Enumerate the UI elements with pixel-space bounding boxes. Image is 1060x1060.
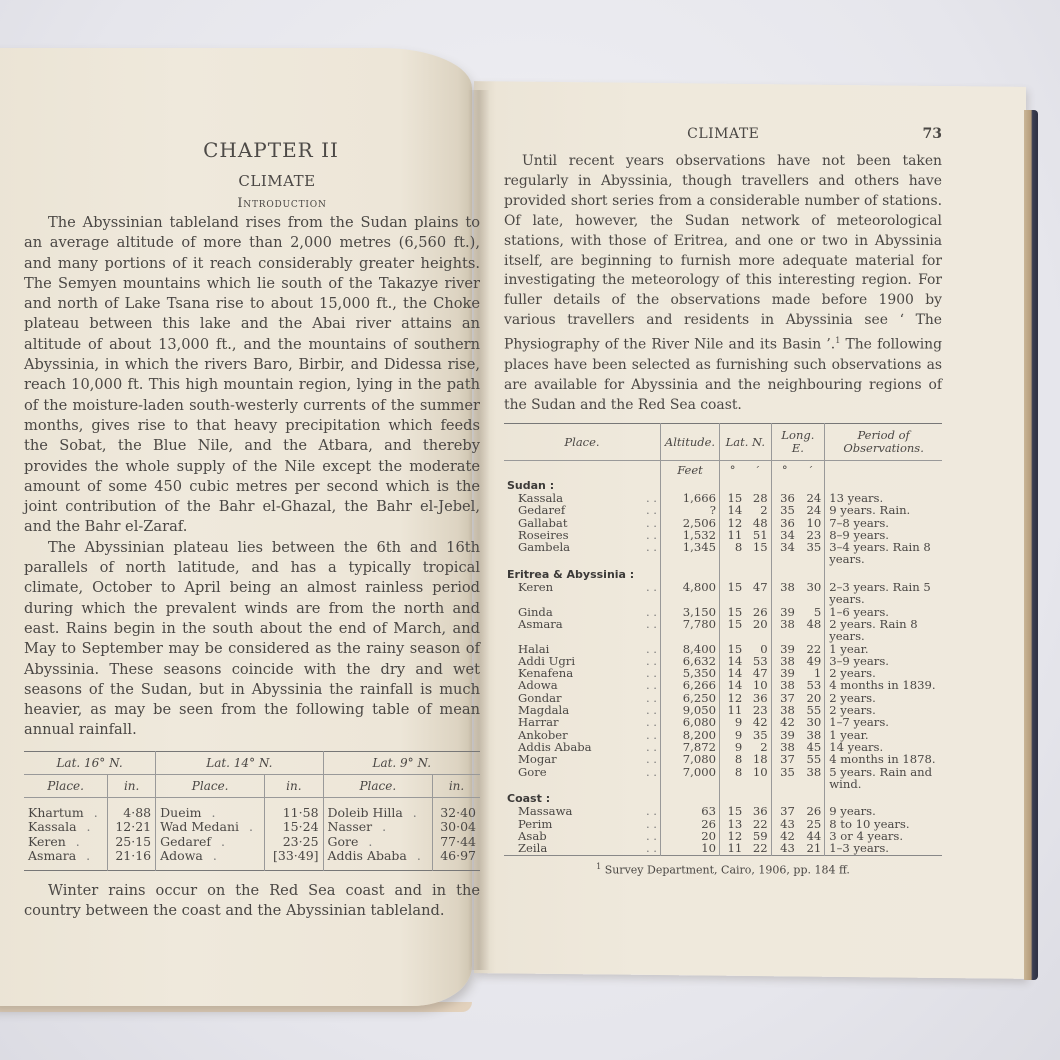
place-name: Kassala	[28, 819, 77, 834]
altitude-value: 7,780	[661, 618, 720, 643]
lat-degrees: 15	[720, 581, 746, 606]
region-name: Coast :	[504, 790, 661, 805]
place-cell: Gedaref .	[156, 835, 265, 850]
unit-deg: °	[771, 461, 798, 477]
long-degrees: 43	[771, 842, 798, 855]
long-minutes: 26	[798, 805, 825, 817]
table-row: Keren .25·15Gedaref .23·25Gore .77·44	[24, 835, 480, 850]
table-row: Gondar . .6,250123637202 years.	[504, 692, 942, 704]
leader-dots: . .	[640, 805, 657, 817]
place-name: Khartum	[28, 805, 84, 820]
altitude-value: 6,080	[661, 716, 720, 728]
place-cell: Dueim .	[156, 797, 265, 820]
leader-dots: .	[372, 819, 386, 834]
long-degrees: 42	[771, 716, 798, 728]
unit-feet: Feet	[661, 461, 720, 477]
leader-dots: .	[84, 805, 98, 820]
period-value: 1–3 years.	[825, 842, 942, 855]
leader-dots: .	[77, 819, 91, 834]
rainfall-table: Lat. 16° N. Lat. 14° N. Lat. 9° N. Place…	[24, 751, 480, 871]
place-name: Gore	[328, 834, 359, 849]
body-text: Until recent years observations have not…	[504, 152, 942, 415]
unit-deg: °	[720, 461, 746, 477]
long-degrees: 38	[771, 679, 798, 691]
table-row: Adowa . .6,266141038534 months in 1839.	[504, 679, 942, 691]
altitude-value: 7,000	[661, 766, 720, 791]
lat-minutes: 2	[745, 504, 771, 516]
long-minutes: 38	[798, 766, 825, 791]
table-row: Massawa . .63153637269 years.	[504, 805, 942, 817]
paragraph: The Abyssinian plateau lies between the …	[24, 538, 480, 741]
altitude-value: 6,266	[661, 679, 720, 691]
leader-dots: .	[403, 805, 417, 820]
leader-dots: .	[76, 848, 90, 863]
running-head: CLIMATE 73	[504, 126, 942, 142]
footnote-mark: 1	[596, 862, 601, 871]
footnote-text: Survey Department, Cairo, 1906, pp. 184 …	[605, 863, 850, 876]
unit-min: ′	[798, 461, 825, 477]
region-name: Sudan :	[504, 477, 661, 492]
paragraph: The Abyssinian tableland rises from the …	[24, 213, 480, 538]
period-value: 5 years. Rain and wind.	[825, 766, 942, 791]
rainfall-value: 30·04	[433, 820, 480, 835]
rainfall-value: 11·58	[265, 797, 323, 820]
leader-dots: . .	[640, 753, 657, 765]
col-in: in.	[265, 774, 323, 797]
chapter-title: CHAPTER II	[62, 138, 480, 162]
place-name: Gambela	[518, 540, 570, 554]
lat-degrees: 15	[720, 643, 746, 655]
table-row: Khartum .4·88Dueim .11·58Doleib Hilla .3…	[24, 797, 480, 820]
leader-dots: . .	[640, 643, 657, 655]
long-minutes: 30	[798, 581, 825, 606]
left-page-content: CHAPTER II CLIMATE Introduction The Abys…	[24, 132, 480, 921]
long-degrees: 39	[771, 643, 798, 655]
period-value: 1 year.	[825, 643, 942, 655]
table-group-header: Lat. 16° N. Lat. 14° N. Lat. 9° N.	[24, 751, 480, 774]
altitude-value: ?	[661, 504, 720, 516]
place-cell: Khartum .	[24, 797, 108, 820]
place-cell: Nasser .	[323, 820, 433, 835]
col-period: Period of Observations.	[825, 424, 942, 461]
altitude-value: 8,400	[661, 643, 720, 655]
place-cell: Kassala .	[24, 820, 108, 835]
place-name: Asmara	[518, 617, 563, 631]
place-cell: Keren .	[24, 835, 108, 850]
leader-dots: .	[201, 805, 215, 820]
intro-text: The Abyssinian tableland rises from the …	[24, 213, 480, 741]
altitude-value: 7,080	[661, 753, 720, 765]
table-row: Asmara .21·16Adowa .[33·49]Addis Ababa .…	[24, 849, 480, 870]
group-header: Lat. 9° N.	[323, 751, 480, 774]
period-value: 2–3 years. Rain 5 years.	[825, 581, 942, 606]
leader-dots: .	[66, 834, 80, 849]
place-name: Gedaref	[160, 834, 211, 849]
period-value: 9 years.	[825, 805, 942, 817]
long-degrees: 35	[771, 504, 798, 516]
table-row: Gore . .7,00081035385 years. Rain and wi…	[504, 766, 942, 791]
place-cell: Wad Medani .	[156, 820, 265, 835]
long-minutes: 24	[798, 504, 825, 516]
period-value: 4 months in 1839.	[825, 679, 942, 691]
paragraph-part: Until recent years observations have not…	[504, 153, 942, 353]
group-header: Lat. 14° N.	[156, 751, 323, 774]
lat-minutes: 22	[745, 842, 771, 855]
rainfall-value: [33·49]	[265, 849, 323, 870]
col-place: Place.	[24, 774, 108, 797]
lat-minutes: 36	[745, 805, 771, 817]
chapter-subject: CLIMATE	[74, 172, 480, 190]
place-name: Keren	[518, 580, 553, 594]
leader-dots: . .	[640, 541, 657, 553]
leader-dots: . .	[640, 581, 657, 593]
rainfall-value: 12·21	[108, 820, 156, 835]
rainfall-value: 25·15	[108, 835, 156, 850]
place-name: Nasser	[328, 819, 373, 834]
table-row: Keren . .4,800154738302–3 years. Rain 5 …	[504, 581, 942, 606]
col-in: in.	[108, 774, 156, 797]
footnote: 1 Survey Department, Cairo, 1906, pp. 18…	[504, 862, 942, 877]
place-name: Adowa	[160, 848, 203, 863]
col-lat: Lat. N.	[720, 424, 772, 461]
place-cell: Adowa .	[156, 849, 265, 870]
period-value: 4 months in 1878.	[825, 753, 942, 765]
rainfall-value: 77·44	[433, 835, 480, 850]
leader-dots: . .	[640, 716, 657, 728]
place-name: Dueim	[160, 805, 201, 820]
table-header: Place. Altitude. Lat. N. Long. E. Period…	[504, 424, 942, 461]
place-name: Zeila	[518, 841, 547, 855]
paragraph: Winter rains occur on the Red Sea coast …	[24, 881, 480, 922]
col-place: Place.	[504, 424, 661, 461]
place-cell: Gore .	[323, 835, 433, 850]
lat-minutes: 42	[745, 716, 771, 728]
altitude-value: 10	[661, 842, 720, 855]
table-row: Gambela . .1,34581534353–4 years. Rain 8…	[504, 541, 942, 566]
leader-dots: . .	[640, 618, 657, 630]
leader-dots: .	[203, 848, 217, 863]
place-name: Wad Medani	[160, 819, 239, 834]
col-altitude: Altitude.	[661, 424, 720, 461]
leader-dots: .	[407, 848, 421, 863]
table-row: Gedaref . .?14235249 years. Rain.	[504, 504, 942, 516]
station-name: Asmara . .	[504, 618, 661, 643]
lat-degrees: 8	[720, 753, 746, 765]
leader-dots: .	[358, 834, 372, 849]
period-value: 3–4 years. Rain 8 years.	[825, 541, 942, 566]
col-long: Long. E.	[771, 424, 825, 461]
lat-degrees: 14	[720, 679, 746, 691]
leader-dots: . .	[640, 679, 657, 691]
lat-minutes: 18	[745, 753, 771, 765]
region-row: Sudan :	[504, 477, 942, 492]
long-minutes: 35	[798, 541, 825, 566]
long-minutes: 53	[798, 679, 825, 691]
long-degrees: 37	[771, 805, 798, 817]
lat-degrees: 14	[720, 504, 746, 516]
running-head-title: CLIMATE	[504, 126, 923, 142]
long-degrees: 37	[771, 753, 798, 765]
closing-text: Winter rains occur on the Red Sea coast …	[24, 881, 480, 922]
station-name: Gore . .	[504, 766, 661, 791]
lat-degrees: 8	[720, 766, 746, 791]
lat-degrees: 15	[720, 618, 746, 643]
rainfall-value: 4·88	[108, 797, 156, 820]
long-minutes: 30	[798, 716, 825, 728]
long-minutes: 22	[798, 643, 825, 655]
page-number: 73	[923, 126, 942, 142]
long-minutes: 48	[798, 618, 825, 643]
place-name: Gore	[518, 765, 547, 779]
rainfall-value: 15·24	[265, 820, 323, 835]
period-value: 2 years. Rain 8 years.	[825, 618, 942, 643]
altitude-value: 1,345	[661, 541, 720, 566]
long-degrees: 38	[771, 581, 798, 606]
leader-dots: .	[211, 834, 225, 849]
paragraph: Until recent years observations have not…	[504, 152, 942, 415]
table-row: Harrar . .6,08094242301–7 years.	[504, 716, 942, 728]
lat-minutes: 47	[745, 581, 771, 606]
place-name: Addis Ababa	[328, 848, 407, 863]
table-row: Asmara . .7,780152038482 years. Rain 8 y…	[504, 618, 942, 643]
right-page-content: CLIMATE 73 Until recent years observatio…	[504, 126, 942, 876]
lat-minutes: 20	[745, 618, 771, 643]
lat-minutes: 10	[745, 679, 771, 691]
period-value: 9 years. Rain.	[825, 504, 942, 516]
rainfall-value: 23·25	[265, 835, 323, 850]
table-row: Kassala .12·21Wad Medani .15·24Nasser .3…	[24, 820, 480, 835]
lat-degrees: 15	[720, 805, 746, 817]
stations-table: Place. Altitude. Lat. N. Long. E. Period…	[504, 423, 942, 855]
place-name: Doleib Hilla	[328, 805, 403, 820]
lat-minutes: 10	[745, 766, 771, 791]
rainfall-value: 32·40	[433, 797, 480, 820]
lat-degrees: 11	[720, 842, 746, 855]
table-column-header: Place. in. Place. in. Place. in.	[24, 774, 480, 797]
region-row: Eritrea & Abyssinia :	[504, 566, 942, 581]
place-cell: Addis Ababa .	[323, 849, 433, 870]
col-in: in.	[433, 774, 480, 797]
lat-degrees: 9	[720, 716, 746, 728]
book-cover-edge	[1024, 110, 1038, 980]
leader-dots: . .	[640, 842, 657, 854]
place-cell: Doleib Hilla .	[323, 797, 433, 820]
station-name: Zeila . .	[504, 842, 661, 855]
region-name: Eritrea & Abyssinia :	[504, 566, 661, 581]
altitude-value: 63	[661, 805, 720, 817]
col-place: Place.	[323, 774, 433, 797]
leader-dots: . .	[640, 766, 657, 778]
table-row: Mogar . .7,08081837554 months in 1878.	[504, 753, 942, 765]
long-minutes: 21	[798, 842, 825, 855]
place-name: Keren	[28, 834, 66, 849]
station-name: Keren . .	[504, 581, 661, 606]
unit-min: ′	[745, 461, 771, 477]
stations-table-body: Feet ° ′ ° ′ Sudan :Kassala . .1,6661528…	[504, 461, 942, 855]
period-value: 1–7 years.	[825, 716, 942, 728]
lat-minutes: 0	[745, 643, 771, 655]
place-cell: Asmara .	[24, 849, 108, 870]
altitude-value: 4,800	[661, 581, 720, 606]
place-name: Asmara	[28, 848, 76, 863]
long-degrees: 38	[771, 618, 798, 643]
region-row: Coast :	[504, 790, 942, 805]
group-header: Lat. 16° N.	[24, 751, 156, 774]
leader-dots: . .	[640, 504, 657, 516]
rainfall-table-body: Khartum .4·88Dueim .11·58Doleib Hilla .3…	[24, 797, 480, 870]
rainfall-value: 21·16	[108, 849, 156, 870]
units-row: Feet ° ′ ° ′	[504, 461, 942, 477]
leader-dots: .	[239, 819, 253, 834]
rainfall-value: 46·97	[433, 849, 480, 870]
station-name: Gambela . .	[504, 541, 661, 566]
lat-degrees: 8	[720, 541, 746, 566]
long-degrees: 35	[771, 766, 798, 791]
col-place: Place.	[156, 774, 265, 797]
table-row: Zeila . .10112243211–3 years.	[504, 842, 942, 855]
section-heading: Introduction	[84, 196, 480, 211]
lat-minutes: 15	[745, 541, 771, 566]
long-degrees: 34	[771, 541, 798, 566]
long-minutes: 55	[798, 753, 825, 765]
